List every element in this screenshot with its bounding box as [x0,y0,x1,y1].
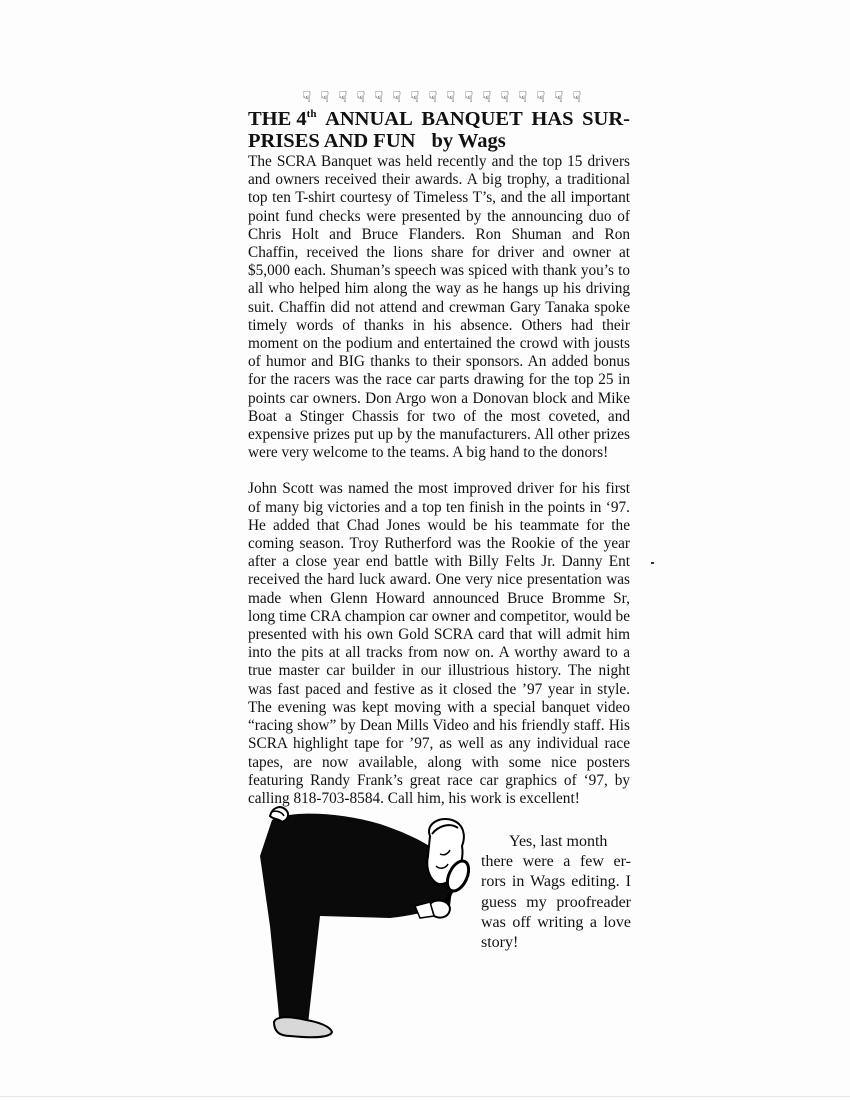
title-word: ANNUAL [325,108,413,130]
hand-icon: ☟ [568,88,586,107]
hand-icon: ☟ [352,88,370,107]
article-paragraph: John Scott was named the most improved d… [248,480,630,808]
hand-icon: ☟ [478,88,496,107]
hand-icon: ☟ [532,88,550,107]
title-word: THE 4th [248,108,316,130]
hand-icon: ☟ [460,88,478,107]
article-body: The SCRA Banquet was held recently and t… [248,153,630,808]
title-ordinal: THE 4 [248,108,307,130]
title-line-1: THE 4th ANNUAL BANQUET HAS SUR- [248,108,630,130]
hand-icon: ☟ [496,88,514,107]
title-word: SUR- [582,108,630,130]
hand-icon: ☟ [442,88,460,107]
title-word: BANQUET [421,108,522,130]
hand-icon: ☟ [424,88,442,107]
hand-icon: ☟ [316,88,334,107]
document-page: ☟☟☟☟☟☟☟☟☟☟☟☟☟☟☟☟ THE 4th ANNUAL BANQUET … [0,0,850,1100]
cartoon-caption: Yes, last month there were a few er-rors… [481,832,631,953]
article-title: THE 4th ANNUAL BANQUET HAS SUR- PRISES A… [248,108,630,152]
hand-icon: ☟ [406,88,424,107]
article-paragraph: The SCRA Banquet was held recently and t… [248,153,630,462]
hand-icon: ☟ [550,88,568,107]
hand-icons-row: ☟☟☟☟☟☟☟☟☟☟☟☟☟☟☟☟ [298,88,588,108]
page-bottom-edge [0,1096,850,1097]
stray-mark [651,562,654,564]
title-line-2-text: PRISES AND FUN [248,130,415,152]
title-superscript: th [307,108,317,120]
byline: by Wags [431,130,505,152]
caption-rest: there were a few er-rors in Wags editing… [481,852,631,953]
hand-icon: ☟ [514,88,532,107]
hand-icon: ☟ [370,88,388,107]
hand-icon: ☟ [298,88,316,107]
hand-icon: ☟ [334,88,352,107]
title-word: HAS [531,108,573,130]
caption-first-line: Yes, last month [481,832,631,852]
title-line-2: PRISES AND FUNby Wags [248,130,630,152]
magnifying-glass-man-illustration [250,806,470,1042]
hand-icon: ☟ [388,88,406,107]
